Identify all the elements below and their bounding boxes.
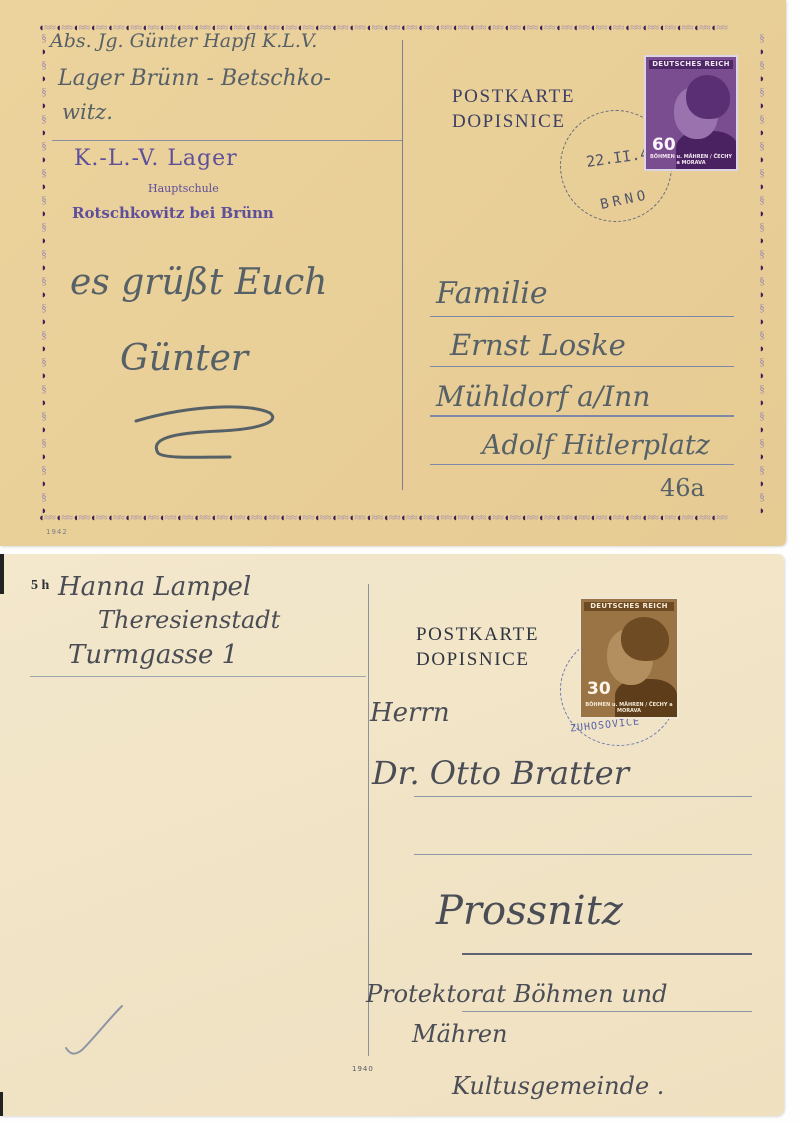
- address-line-4: [462, 1011, 752, 1012]
- title-line-1: POSTKARTE: [416, 622, 539, 647]
- recipient-line-4: Protektorat Böhmen und: [366, 980, 667, 1008]
- address-line-3: [430, 415, 734, 417]
- signature-text: Günter: [120, 338, 248, 379]
- recipient-line-3: Prossnitz: [436, 888, 623, 934]
- sender-line-1: Abs. Jg. Günter Hapfl K.L.V.: [50, 30, 317, 52]
- address-line-1: [414, 796, 752, 797]
- year-imprint: 1942: [46, 528, 68, 536]
- recipient-line-5: Mähren: [412, 1020, 507, 1048]
- postkarte-title: POSTKARTE DOPISNICE: [416, 622, 539, 672]
- recipient-line-1: Herrn: [370, 698, 450, 728]
- postage-stamp-30: DEUTSCHES REICH 30 BÖHMEN u. MÄHREN / ČE…: [579, 597, 679, 719]
- recipient-line-1: Familie: [436, 276, 548, 311]
- recipient-line-6: Kultusgemeinde .: [452, 1072, 664, 1100]
- scan-edge-shadow: [0, 554, 4, 594]
- stamp-header: DEUTSCHES REICH: [584, 602, 674, 611]
- recipient-line-3: Mühldorf a/Inn: [436, 380, 650, 413]
- postkarte-title: POSTKARTE DOPISNICE: [452, 84, 575, 134]
- title-line-2: DOPISNICE: [452, 109, 575, 134]
- postage-stamp-60: DEUTSCHES REICH 60 BÖHMEN u. MÄHREN / ČE…: [644, 55, 738, 171]
- printed-value-5h: 5 h: [31, 578, 49, 594]
- portrait-hair: [621, 617, 669, 661]
- title-line-1: POSTKARTE: [452, 84, 575, 109]
- check-mark-icon: [64, 1004, 126, 1064]
- sender-line-2: Lager Brünn - Betschko-: [58, 66, 331, 91]
- address-divider: [402, 40, 403, 490]
- sender-divider: [52, 140, 402, 141]
- camp-stamp-title: K.-L.-V. Lager: [74, 146, 238, 171]
- portrait-hair: [686, 75, 730, 119]
- sender-line-2: Theresienstadt: [98, 606, 280, 634]
- postcard-1940: 5 h Hanna Lampel Theresienstadt Turmgass…: [0, 554, 784, 1116]
- recipient-line-2: Dr. Otto Bratter: [372, 754, 629, 792]
- sender-divider: [30, 676, 366, 677]
- address-line-2: [430, 366, 734, 367]
- camp-stamp-school: Hauptschule: [148, 182, 219, 195]
- recipient-line-5: 46a: [660, 474, 705, 502]
- year-imprint: 1940: [352, 1065, 374, 1073]
- greeting-text: es grüßt Euch: [70, 262, 327, 303]
- border-left-ornament: §◗§◗§◗§◗§◗§◗§◗§◗§◗§◗§◗§◗§◗§◗§◗§◗§◗§◗§◗§◗…: [38, 32, 50, 514]
- stamp-value: 30: [587, 679, 611, 699]
- title-line-2: DOPISNICE: [416, 647, 539, 672]
- scan-edge-shadow: [0, 1092, 3, 1116]
- recipient-line-2: Ernst Loske: [450, 328, 626, 362]
- sender-line-1: Hanna Lampel: [58, 572, 251, 602]
- camp-stamp-location: Rotschkowitz bei Brünn: [72, 204, 274, 222]
- address-line-2: [414, 854, 752, 855]
- address-line-1: [430, 316, 734, 317]
- stamp-footer: BÖHMEN u. MÄHREN / ČECHY a MORAVA: [584, 702, 674, 714]
- stamp-footer: BÖHMEN u. MÄHREN / ČECHY a MORAVA: [649, 154, 733, 166]
- border-bottom-ornament: ◖≈≈◖≈≈◖≈≈◖≈≈◖≈≈◖≈≈◖≈≈◖≈≈◖≈≈◖≈≈◖≈≈◖≈≈◖≈≈◖…: [38, 512, 768, 524]
- stamp-header: DEUTSCHES REICH: [649, 60, 733, 69]
- border-right-ornament: §◗§◗§◗§◗§◗§◗§◗§◗§◗§◗§◗§◗§◗§◗§◗§◗§◗§◗§◗§◗…: [756, 32, 768, 514]
- address-line-3: [462, 953, 752, 955]
- postcard-1942: ◖≈≈◖≈≈◖≈≈◖≈≈◖≈≈◖≈≈◖≈≈◖≈≈◖≈≈◖≈≈◖≈≈◖≈≈◖≈≈◖…: [0, 0, 786, 546]
- sender-line-3: Turmgasse 1: [68, 640, 238, 670]
- address-line-4: [430, 464, 734, 465]
- recipient-line-4: Adolf Hitlerplatz: [482, 430, 710, 461]
- stamp-value: 60: [652, 135, 676, 155]
- sender-line-3: witz.: [62, 100, 113, 124]
- signature-flourish: [130, 395, 290, 465]
